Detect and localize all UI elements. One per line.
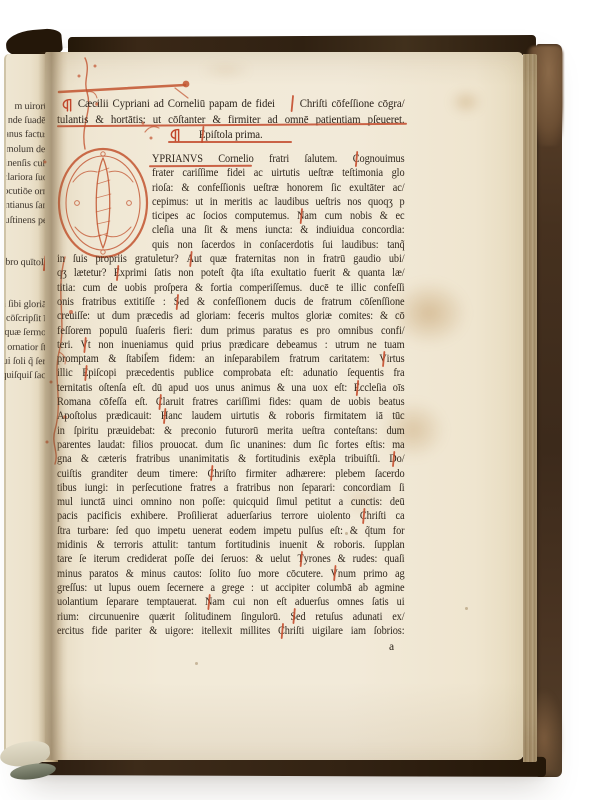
facing-text-fragment: nde ſuadēt [7,114,48,129]
body-text-line: mul iunctā uinci omnino non poſſe: quicq… [57,495,405,509]
body-text-line: onis fratribus extitiſſe : Sed & confeſſ… [57,295,405,309]
body-text-line: tare ſe iterum crediderat poſſe dei ſeru… [57,552,405,566]
rubricated-capital: V [331,567,338,581]
body-text-line: ternitatis oſtenſa eſt. dū apud uos unus… [57,381,405,395]
rubricated-capital: V [81,338,88,352]
facing-text-fragment: m uirorū [7,100,48,115]
rubricated-capital: C [353,152,360,166]
facing-text-fragment: ginenſis cuſt [7,157,48,172]
body-text-line: uolantium ſeparare temptauerat. Nam cui … [57,595,405,609]
facing-text-fragment: molum dei [7,142,48,157]
column-gap [6,228,47,256]
facing-text-fragment: nā ſibi gloriā [5,298,46,313]
facing-text-fragment: e ornatior ſt [5,340,46,355]
body-text-line: midinis & terroris attulit: tantum forti… [57,538,405,552]
facing-text-fragment: Libro quīto [6,256,47,271]
body-text-line: YPRIANVS Cornelio fratri ſalutem. Cognou… [152,152,404,166]
foxing-stain [450,90,482,114]
body-text-line: pacis pacificis exhibere. Proſilierat ad… [57,509,405,523]
rubricated-capital: V [379,352,386,366]
rubricated-capital: C [207,467,214,481]
rubricated-capital: H [161,409,168,423]
red-underline [168,141,292,143]
rubricated-capital: C [360,509,367,523]
binding-right-cover [536,44,562,777]
body-text-line: cepimus: ut in meritis ac laudibus ueſtr… [152,195,404,209]
rubricated-capital: T [297,552,303,566]
body-text-line: frater cariſſime fidei ac uirtutis ueſtr… [152,166,404,180]
rubricated-capital: E [82,366,88,380]
body-text-line: ſtra turbare: ſed quo impetu uenerat eod… [57,524,405,538]
facing-text-fragment: ſuſtinens pe [6,213,47,228]
facing-page-text-column: m uirorūnde ſuadētanus factusmolum deigi… [5,100,49,384]
body-text-line: creuiſſe: ut dum præcedis ad gloriam: fe… [57,309,405,323]
body-text-line: promptam & ſtabilem fidem: an inſeparabi… [57,352,405,366]
rubricated-capital: S [174,295,180,309]
paper-speck [195,662,198,665]
body-text-line: cleſia una ſit & mens iuncta: & indiuidu… [152,223,404,237]
page-edge-stack [523,54,537,762]
rubricated-capital: C [279,96,307,112]
body-text-line: gna & cæteris fratribus unanimitatis & f… [57,452,405,466]
body-text-line: teri. Vt non inueniamus quid prius prædi… [57,338,405,352]
facing-text-fragment: anus factus [7,128,48,143]
body-text-line: ercitus fide pariter & uigore: itellexit… [57,624,405,638]
facing-text-fragment: ontianus ſan [6,199,47,214]
body-text-line: titia: cum de uobis proſpera & fortia co… [57,281,405,295]
body-text-line: quis non ſacerdos in conſacerdotis ſui l… [152,238,404,252]
body-text-line: in ſuis propriis gratuletur? Aut quæ fra… [57,252,405,266]
facing-text-fragment: clariora ſuo [7,171,48,186]
body-text-line: cuiſtis granditer deum timere: Chriſto f… [57,467,405,481]
body-text-line: greſſus: ut lupus ouem ſecernere a grege… [57,581,405,595]
body-text-line: ticipes ac ſocios computemus. Nam cum no… [152,209,404,223]
book-photograph: m uirorūnde ſuadētanus factusmolum deigi… [0,0,600,800]
rubricated-capital: C [278,624,285,638]
body-text-line: rioſa: & confeſſionis ueſtræ honorem ſic… [152,181,404,195]
facing-text-fragment: quiſquiſ ſac [5,369,46,384]
rubricated-capital: E [114,266,120,280]
facing-text-fragment: cōſcripſit ī [5,312,46,327]
body-text-line: Apoſtolus prædicauit: Hanc laudem uirtut… [57,409,405,423]
rubric-heading: Cæcilii Cypriani ad Corneliū papam de fi… [57,96,405,143]
rubricated-capital: N [297,209,304,223]
heading-line: Cæcilii Cypriani ad Corneliū papam de fi… [57,96,405,112]
facing-text-fragment: ‎& quæ ſermo [5,326,46,341]
body-text-line: rium: circunuenire quærit ſolitudinem ſi… [57,610,405,624]
rubricated-capital: S [290,610,296,624]
body-text-line: illic Epiſcopi præcedentis publice compr… [57,366,405,380]
facing-text-fragment: qui ſoli q̃ ſer [5,355,46,370]
rubricated-capital: C [156,395,163,409]
body-text-line: in ſpiritu præuidebat: & preconio futuro… [57,424,405,438]
rubricated-capital: E [354,381,360,395]
paper-speck [465,607,468,610]
body-text-line: parentes laudat: filios prouocat. dum ſi… [57,438,405,452]
column-gap [5,270,46,298]
book-page: C [45,52,523,760]
body-text-line: minus paratos & minus cautos: ſolito ſuo… [57,567,405,581]
body-text-block: YPRIANVS Cornelio fratri ſalutem. Cognou… [57,152,405,638]
body-text-line: feſſorem populū ſuaſeris fieri: dum prim… [57,324,405,338]
rubricated-capital: A [187,252,194,266]
body-text-line: Romana cōfeſſa eſt. Claruit fratres cari… [57,395,405,409]
body-text-line: tibus iungi: in perſecutione fratres a f… [57,481,405,495]
rubricated-capital: N [205,595,212,609]
rubricated-capital: D [389,452,396,466]
foxing-stain [200,62,252,78]
facing-text-fragment: locutiōe orn [6,185,47,200]
body-text-line: qʒ lætetur? Exprimi ſatis non poteſt q̃t… [57,266,405,280]
signature-mark: a [389,641,394,653]
